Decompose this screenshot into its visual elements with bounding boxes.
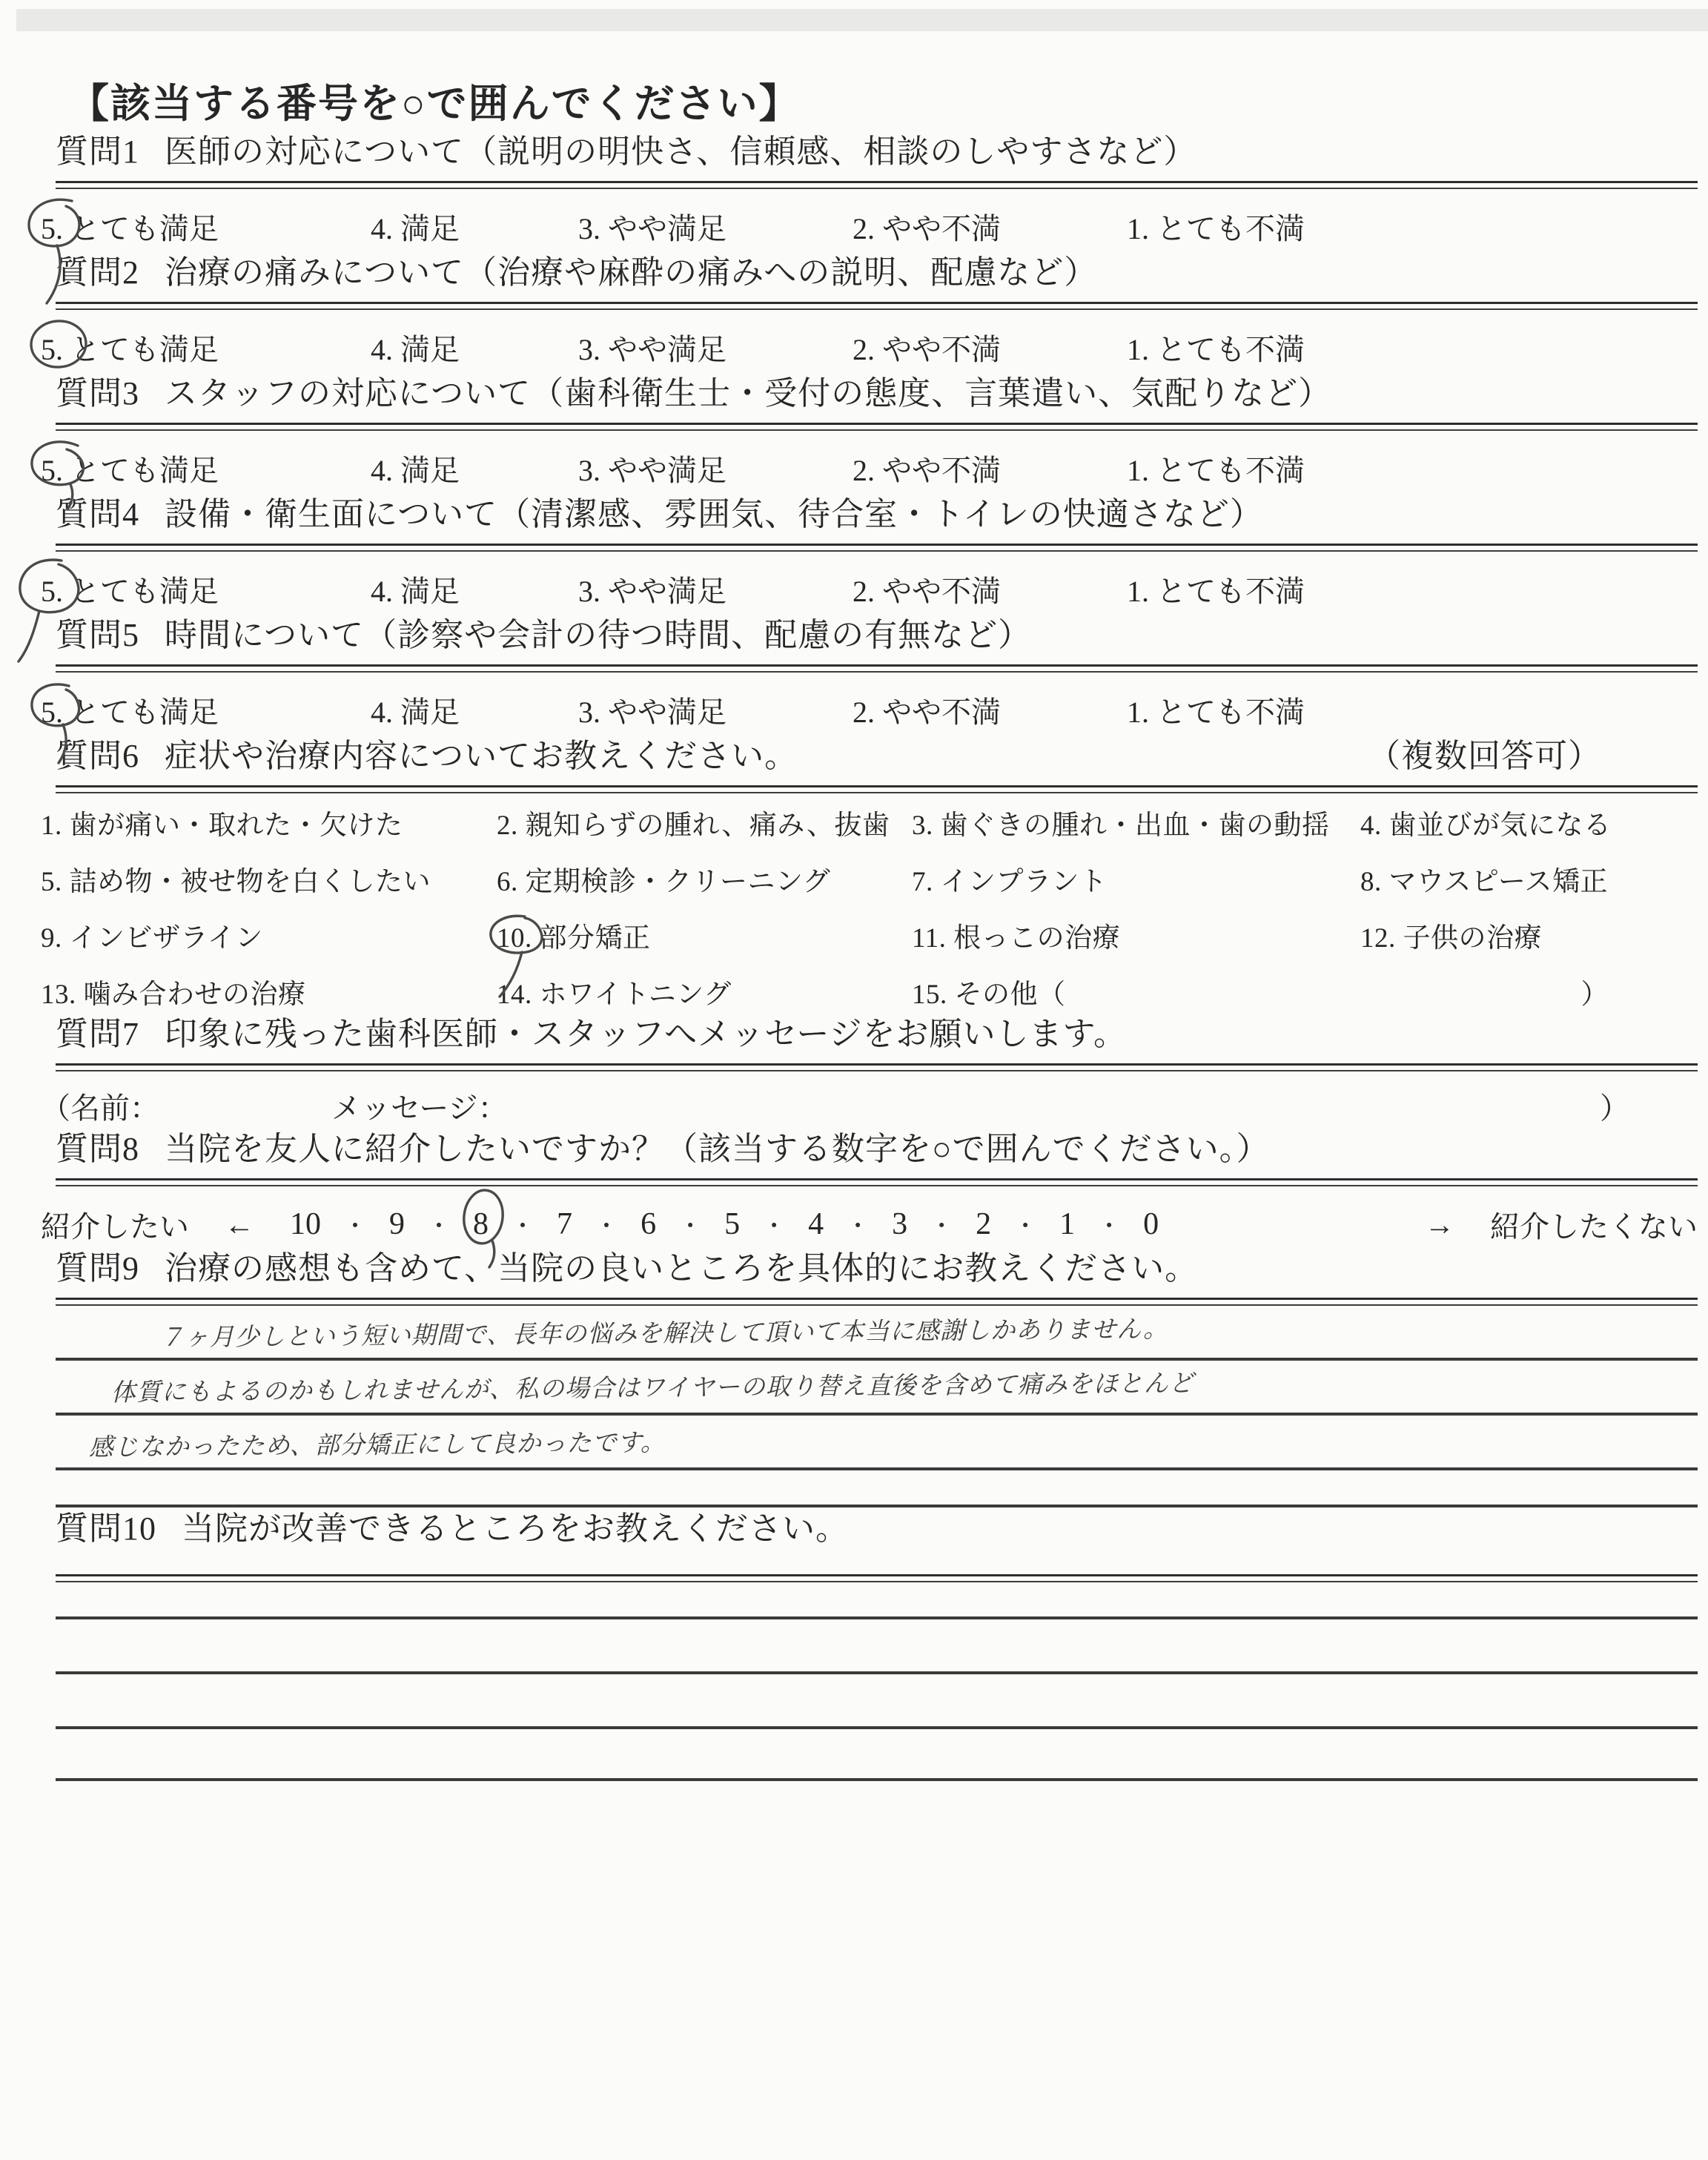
question-block-8: 質問8 当院を友人に紹介したいですか？（該当する数字を○で囲んでください。） 紹… bbox=[56, 1128, 1698, 1247]
question-1-heading: 質問1 医師の対応について（説明の明快さ、信頼感、相談のしやすさなど） bbox=[56, 131, 1698, 174]
q5-option-1-very-dissatisfied[interactable]: 1. とても不満 bbox=[1127, 689, 1305, 731]
nps-number-9[interactable]: 9 bbox=[389, 1203, 405, 1245]
q1-rating-options: 5. とても満足 4. 満足 3. やや満足 2. やや不満 1. とても不満 bbox=[41, 205, 1698, 251]
question-9-heading: 質問9 治療の感想も含めて、当院の良いところを具体的にお教えください。 bbox=[56, 1247, 1698, 1290]
answer-line-4[interactable] bbox=[56, 1729, 1698, 1781]
question-5-number: 質問5 bbox=[56, 614, 139, 657]
heading-rule bbox=[56, 1063, 1698, 1071]
dot-separator: ・ bbox=[343, 1207, 367, 1241]
q3-option-4-satisfied[interactable]: 4. 満足 bbox=[371, 447, 460, 489]
answer-line-4[interactable] bbox=[56, 1470, 1698, 1507]
question-block-3: 質問3 スタッフの対応について（歯科衛生士・受付の態度、言葉遣い、気配りなど） … bbox=[56, 372, 1698, 493]
option-label: 5. とても満足 bbox=[41, 696, 219, 729]
q4-option-3-somewhat-satisfied[interactable]: 3. やや満足 bbox=[578, 568, 726, 610]
dot-separator: ・ bbox=[595, 1207, 618, 1241]
nps-number-label: 8 bbox=[473, 1207, 489, 1241]
question-4-heading: 質問4 設備・衛生面について（清潔感、雰囲気、待合室・トイレの快適さなど） bbox=[56, 493, 1698, 536]
question-3-text: スタッフの対応について（歯科衛生士・受付の態度、言葉遣い、気配りなど） bbox=[165, 372, 1331, 415]
answer-line-1[interactable]: ７ヶ月少しという短い期間で、長年の悩みを解決して頂いて本当に感謝しかありません。 bbox=[56, 1306, 1698, 1361]
question-2-heading: 質問2 治療の痛みについて（治療や麻酔の痛みへの説明、配慮など） bbox=[56, 251, 1698, 294]
answer-line-3[interactable]: 感じなかったため、部分矯正にして良かったです。 bbox=[56, 1416, 1698, 1470]
question-10-text: 当院が改善できるところをお教えください。 bbox=[182, 1507, 849, 1550]
q5-option-2-somewhat-dissatisfied[interactable]: 2. やや不満 bbox=[853, 689, 1001, 731]
dot-separator: ・ bbox=[511, 1207, 534, 1241]
dental-survey-form: 【該当する番号を○で囲んでください】 質問1 医師の対応について（説明の明快さ、… bbox=[0, 0, 1708, 2160]
dot-separator: ・ bbox=[1097, 1207, 1121, 1241]
nps-number-0[interactable]: 0 bbox=[1143, 1203, 1159, 1245]
item-label: 10. 部分矯正 bbox=[497, 923, 651, 954]
q4-option-1-very-dissatisfied[interactable]: 1. とても不満 bbox=[1127, 568, 1305, 610]
question-block-9: 質問9 治療の感想も含めて、当院の良いところを具体的にお教えください。 ７ヶ月少… bbox=[56, 1247, 1698, 1507]
item-label: 15. その他（ bbox=[912, 977, 1066, 1013]
q4-rating-options: 5. とても満足 4. 満足 3. やや満足 2. やや不満 1. とても不満 bbox=[41, 568, 1698, 614]
option-label: 5. とても満足 bbox=[41, 212, 219, 245]
question-8-heading: 質問8 当院を友人に紹介したいですか？（該当する数字を○で囲んでください。） bbox=[56, 1128, 1698, 1171]
nps-number-3[interactable]: 3 bbox=[892, 1203, 907, 1245]
q6-other-close-paren: ） bbox=[1581, 977, 1609, 1013]
q4-option-4-satisfied[interactable]: 4. 満足 bbox=[371, 568, 460, 610]
nps-number-7[interactable]: 7 bbox=[557, 1203, 572, 1245]
option-label: 5. とても満足 bbox=[41, 333, 219, 366]
q2-option-2-somewhat-dissatisfied[interactable]: 2. やや不満 bbox=[853, 326, 1001, 369]
dot-separator: ・ bbox=[846, 1207, 870, 1241]
option-label: 5. とても満足 bbox=[41, 454, 219, 487]
scan-artifact-band bbox=[16, 9, 1708, 31]
q3-option-5-very-satisfied[interactable]: 5. とても満足 bbox=[41, 447, 219, 489]
q6-item-9[interactable]: 9. インビザライン bbox=[41, 921, 497, 957]
answer-line-2[interactable] bbox=[56, 1619, 1698, 1674]
question-1-number: 質問1 bbox=[56, 131, 139, 174]
q1-option-1-very-dissatisfied[interactable]: 1. とても不満 bbox=[1127, 205, 1305, 248]
heading-rule bbox=[56, 181, 1698, 189]
q6-item-15-other[interactable]: 15. その他（ ） bbox=[912, 977, 1698, 1013]
nps-number-1[interactable]: 1 bbox=[1059, 1203, 1075, 1245]
question-5-text: 時間について（診察や会計の待つ時間、配慮の有無など） bbox=[165, 614, 1031, 657]
handwritten-answer-line-1: ７ヶ月少しという短い期間で、長年の悩みを解決して頂いて本当に感謝しかありません。 bbox=[159, 1309, 1169, 1353]
heading-rule bbox=[56, 664, 1698, 673]
question-7-heading: 質問7 印象に残った歯科医師・スタッフへメッセージをお願いします。 bbox=[56, 1013, 1698, 1056]
q6-item-14[interactable]: 14. ホワイトニング bbox=[497, 977, 912, 1013]
q6-item-4[interactable]: 4. 歯並びが気になる bbox=[1360, 808, 1698, 844]
dot-separator: ・ bbox=[930, 1207, 953, 1241]
left-arrow-icon: ← bbox=[225, 1207, 254, 1242]
q1-option-2-somewhat-dissatisfied[interactable]: 2. やや不満 bbox=[853, 205, 1001, 248]
q2-option-1-very-dissatisfied[interactable]: 1. とても不満 bbox=[1127, 326, 1305, 369]
dot-separator: ・ bbox=[1013, 1207, 1037, 1241]
question-5-heading: 質問5 時間について（診察や会計の待つ時間、配慮の有無など） bbox=[56, 614, 1698, 657]
heading-rule bbox=[56, 544, 1698, 552]
q2-rating-options: 5. とても満足 4. 満足 3. やや満足 2. やや不満 1. とても不満 bbox=[41, 326, 1698, 372]
q3-option-3-somewhat-satisfied[interactable]: 3. やや満足 bbox=[578, 447, 726, 489]
q1-option-3-somewhat-satisfied[interactable]: 3. やや満足 bbox=[578, 205, 726, 248]
dot-separator: ・ bbox=[678, 1207, 702, 1241]
question-6-heading: 質問6 症状や治療内容についてお教えください。 （複数回答可） bbox=[56, 735, 1698, 778]
dot-separator: ・ bbox=[762, 1207, 786, 1241]
q3-option-2-somewhat-dissatisfied[interactable]: 2. やや不満 bbox=[853, 447, 1001, 489]
question-3-heading: 質問3 スタッフの対応について（歯科衛生士・受付の態度、言葉遣い、気配りなど） bbox=[56, 372, 1698, 415]
handwritten-answer-line-3: 感じなかったため、部分矯正にして良かったです。 bbox=[89, 1423, 666, 1463]
q5-option-5-very-satisfied[interactable]: 5. とても満足 bbox=[41, 689, 219, 731]
q6-items-grid: 1. 歯が痛い・取れた・欠けた 2. 親知らずの腫れ、痛み、抜歯 3. 歯ぐきの… bbox=[41, 808, 1698, 1013]
question-6-text: 症状や治療内容についてお教えください。 bbox=[165, 735, 798, 778]
scale-left-label: 紹介したい bbox=[41, 1203, 189, 1246]
question-9-number: 質問9 bbox=[56, 1247, 139, 1290]
question-4-text: 設備・衛生面について（清潔感、雰囲気、待合室・トイレの快適さなど） bbox=[165, 493, 1263, 536]
question-10-heading: 質問10 当院が改善できるところをお教えください。 bbox=[56, 1507, 1698, 1550]
nps-number-2[interactable]: 2 bbox=[976, 1203, 991, 1245]
question-1-text: 医師の対応について（説明の明快さ、信頼感、相談のしやすさなど） bbox=[165, 131, 1196, 174]
message-field-label[interactable]: メッセージ： bbox=[331, 1085, 508, 1127]
q3-option-1-very-dissatisfied[interactable]: 1. とても不満 bbox=[1127, 447, 1305, 489]
q6-item-7[interactable]: 7. インプラント bbox=[912, 865, 1360, 900]
q6-item-10[interactable]: 10. 部分矯正 bbox=[497, 921, 912, 957]
question-block-4: 質問4 設備・衛生面について（清潔感、雰囲気、待合室・トイレの快適さなど） 5.… bbox=[56, 493, 1698, 614]
q6-item-12[interactable]: 12. 子供の治療 bbox=[1360, 921, 1698, 957]
question-7-number: 質問7 bbox=[56, 1013, 139, 1056]
q10-answer-area bbox=[56, 1582, 1698, 1781]
q1-option-4-satisfied[interactable]: 4. 満足 bbox=[371, 205, 460, 248]
question-block-7: 質問7 印象に残った歯科医師・スタッフへメッセージをお願いします。 （名前： メ… bbox=[56, 1013, 1698, 1128]
q5-option-4-satisfied[interactable]: 4. 満足 bbox=[371, 689, 460, 731]
question-4-number: 質問4 bbox=[56, 493, 139, 536]
question-9-text: 治療の感想も含めて、当院の良いところを具体的にお教えください。 bbox=[165, 1247, 1198, 1290]
question-block-2: 質問2 治療の痛みについて（治療や麻酔の痛みへの説明、配慮など） 5. とても満… bbox=[56, 251, 1698, 372]
answer-line-3[interactable] bbox=[56, 1674, 1698, 1729]
answer-line-2[interactable]: 体質にもよるのかもしれませんが、私の場合はワイヤーの取り替え直後を含めて痛みをほ… bbox=[56, 1361, 1698, 1416]
recommend-scale: 紹介したい ← 10 ・ 9 ・ 8 ・ 7 ・ 6 ・ 5 ・ 4 ・ 3 ・… bbox=[41, 1201, 1698, 1247]
q6-item-11[interactable]: 11. 根っこの治療 bbox=[912, 921, 1360, 957]
multiple-answers-note: （複数回答可） bbox=[1368, 735, 1601, 778]
nps-number-5[interactable]: 5 bbox=[724, 1203, 740, 1245]
question-8-number: 質問8 bbox=[56, 1128, 139, 1171]
q7-answer-row: （名前： メッセージ： ） bbox=[41, 1085, 1698, 1128]
heading-rule bbox=[56, 1298, 1698, 1306]
question-7-text: 印象に残った歯科医師・スタッフへメッセージをお願いします。 bbox=[165, 1013, 1127, 1056]
heading-rule bbox=[56, 302, 1698, 310]
question-2-text: 治療の痛みについて（治療や麻酔の痛みへの説明、配慮など） bbox=[165, 251, 1097, 294]
q2-option-3-somewhat-satisfied[interactable]: 3. やや満足 bbox=[578, 326, 726, 369]
q4-option-5-very-satisfied[interactable]: 5. とても満足 bbox=[41, 568, 219, 610]
q6-item-1[interactable]: 1. 歯が痛い・取れた・欠けた bbox=[41, 808, 497, 844]
nps-number-10[interactable]: 10 bbox=[290, 1203, 321, 1245]
q2-option-4-satisfied[interactable]: 4. 満足 bbox=[371, 326, 460, 369]
q6-item-13[interactable]: 13. 噛み合わせの治療 bbox=[41, 977, 497, 1013]
nps-number-8[interactable]: 8 bbox=[473, 1203, 489, 1245]
question-6-number: 質問6 bbox=[56, 735, 139, 778]
q2-option-5-very-satisfied[interactable]: 5. とても満足 bbox=[41, 326, 219, 369]
q6-item-2[interactable]: 2. 親知らずの腫れ、痛み、抜歯 bbox=[497, 808, 912, 844]
question-block-10: 質問10 当院が改善できるところをお教えください。 bbox=[56, 1507, 1698, 1781]
question-10-number: 質問10 bbox=[56, 1507, 156, 1550]
nps-number-4[interactable]: 4 bbox=[808, 1203, 824, 1245]
question-8-text: 当院を友人に紹介したいですか？（該当する数字を○で囲んでください。） bbox=[165, 1128, 1270, 1171]
question-block-6: 質問6 症状や治療内容についてお教えください。 （複数回答可） 1. 歯が痛い・… bbox=[56, 735, 1698, 1013]
q9-answer-area: ７ヶ月少しという短い期間で、長年の悩みを解決して頂いて本当に感謝しかありません。… bbox=[56, 1306, 1698, 1507]
q6-item-3[interactable]: 3. 歯ぐきの腫れ・出血・歯の動揺 bbox=[912, 808, 1360, 844]
scale-right-label: 紹介したくない bbox=[1490, 1203, 1698, 1246]
q5-option-3-somewhat-satisfied[interactable]: 3. やや満足 bbox=[578, 689, 726, 731]
heading-rule bbox=[56, 785, 1698, 793]
answer-line-1[interactable] bbox=[56, 1582, 1698, 1619]
right-arrow-icon: → bbox=[1425, 1207, 1454, 1242]
q1-option-5-very-satisfied[interactable]: 5. とても満足 bbox=[41, 205, 219, 248]
q6-item-6[interactable]: 6. 定期検診・クリーニング bbox=[497, 865, 912, 900]
q6-item-8[interactable]: 8. マウスピース矯正 bbox=[1360, 865, 1698, 900]
name-field-label[interactable]: （名前： bbox=[41, 1085, 159, 1127]
dot-separator: ・ bbox=[427, 1207, 451, 1241]
handwritten-answer-line-2: 体質にもよるのかもしれませんが、私の場合はワイヤーの取り替え直後を含めて痛みをほ… bbox=[111, 1364, 1194, 1408]
q6-item-5[interactable]: 5. 詰め物・被せ物を白くしたい bbox=[41, 865, 497, 900]
nps-number-6[interactable]: 6 bbox=[640, 1203, 656, 1245]
question-block-1: 質問1 医師の対応について（説明の明快さ、信頼感、相談のしやすさなど） 5. と… bbox=[56, 131, 1698, 251]
question-block-5: 質問5 時間について（診察や会計の待つ時間、配慮の有無など） 5. とても満足 … bbox=[56, 614, 1698, 735]
q7-close-paren: ） bbox=[1600, 1085, 1629, 1127]
form-title: 【該当する番号を○で囲んでください】 bbox=[69, 77, 1698, 131]
q4-option-2-somewhat-dissatisfied[interactable]: 2. やや不満 bbox=[853, 568, 1001, 610]
question-3-number: 質問3 bbox=[56, 372, 139, 415]
heading-rule bbox=[56, 1178, 1698, 1186]
heading-rule bbox=[56, 423, 1698, 431]
question-2-number: 質問2 bbox=[56, 251, 139, 294]
heading-rule bbox=[56, 1574, 1698, 1582]
option-label: 5. とても満足 bbox=[41, 575, 219, 608]
q5-rating-options: 5. とても満足 4. 満足 3. やや満足 2. やや不満 1. とても不満 bbox=[41, 689, 1698, 735]
q3-rating-options: 5. とても満足 4. 満足 3. やや満足 2. やや不満 1. とても不満 bbox=[41, 447, 1698, 493]
